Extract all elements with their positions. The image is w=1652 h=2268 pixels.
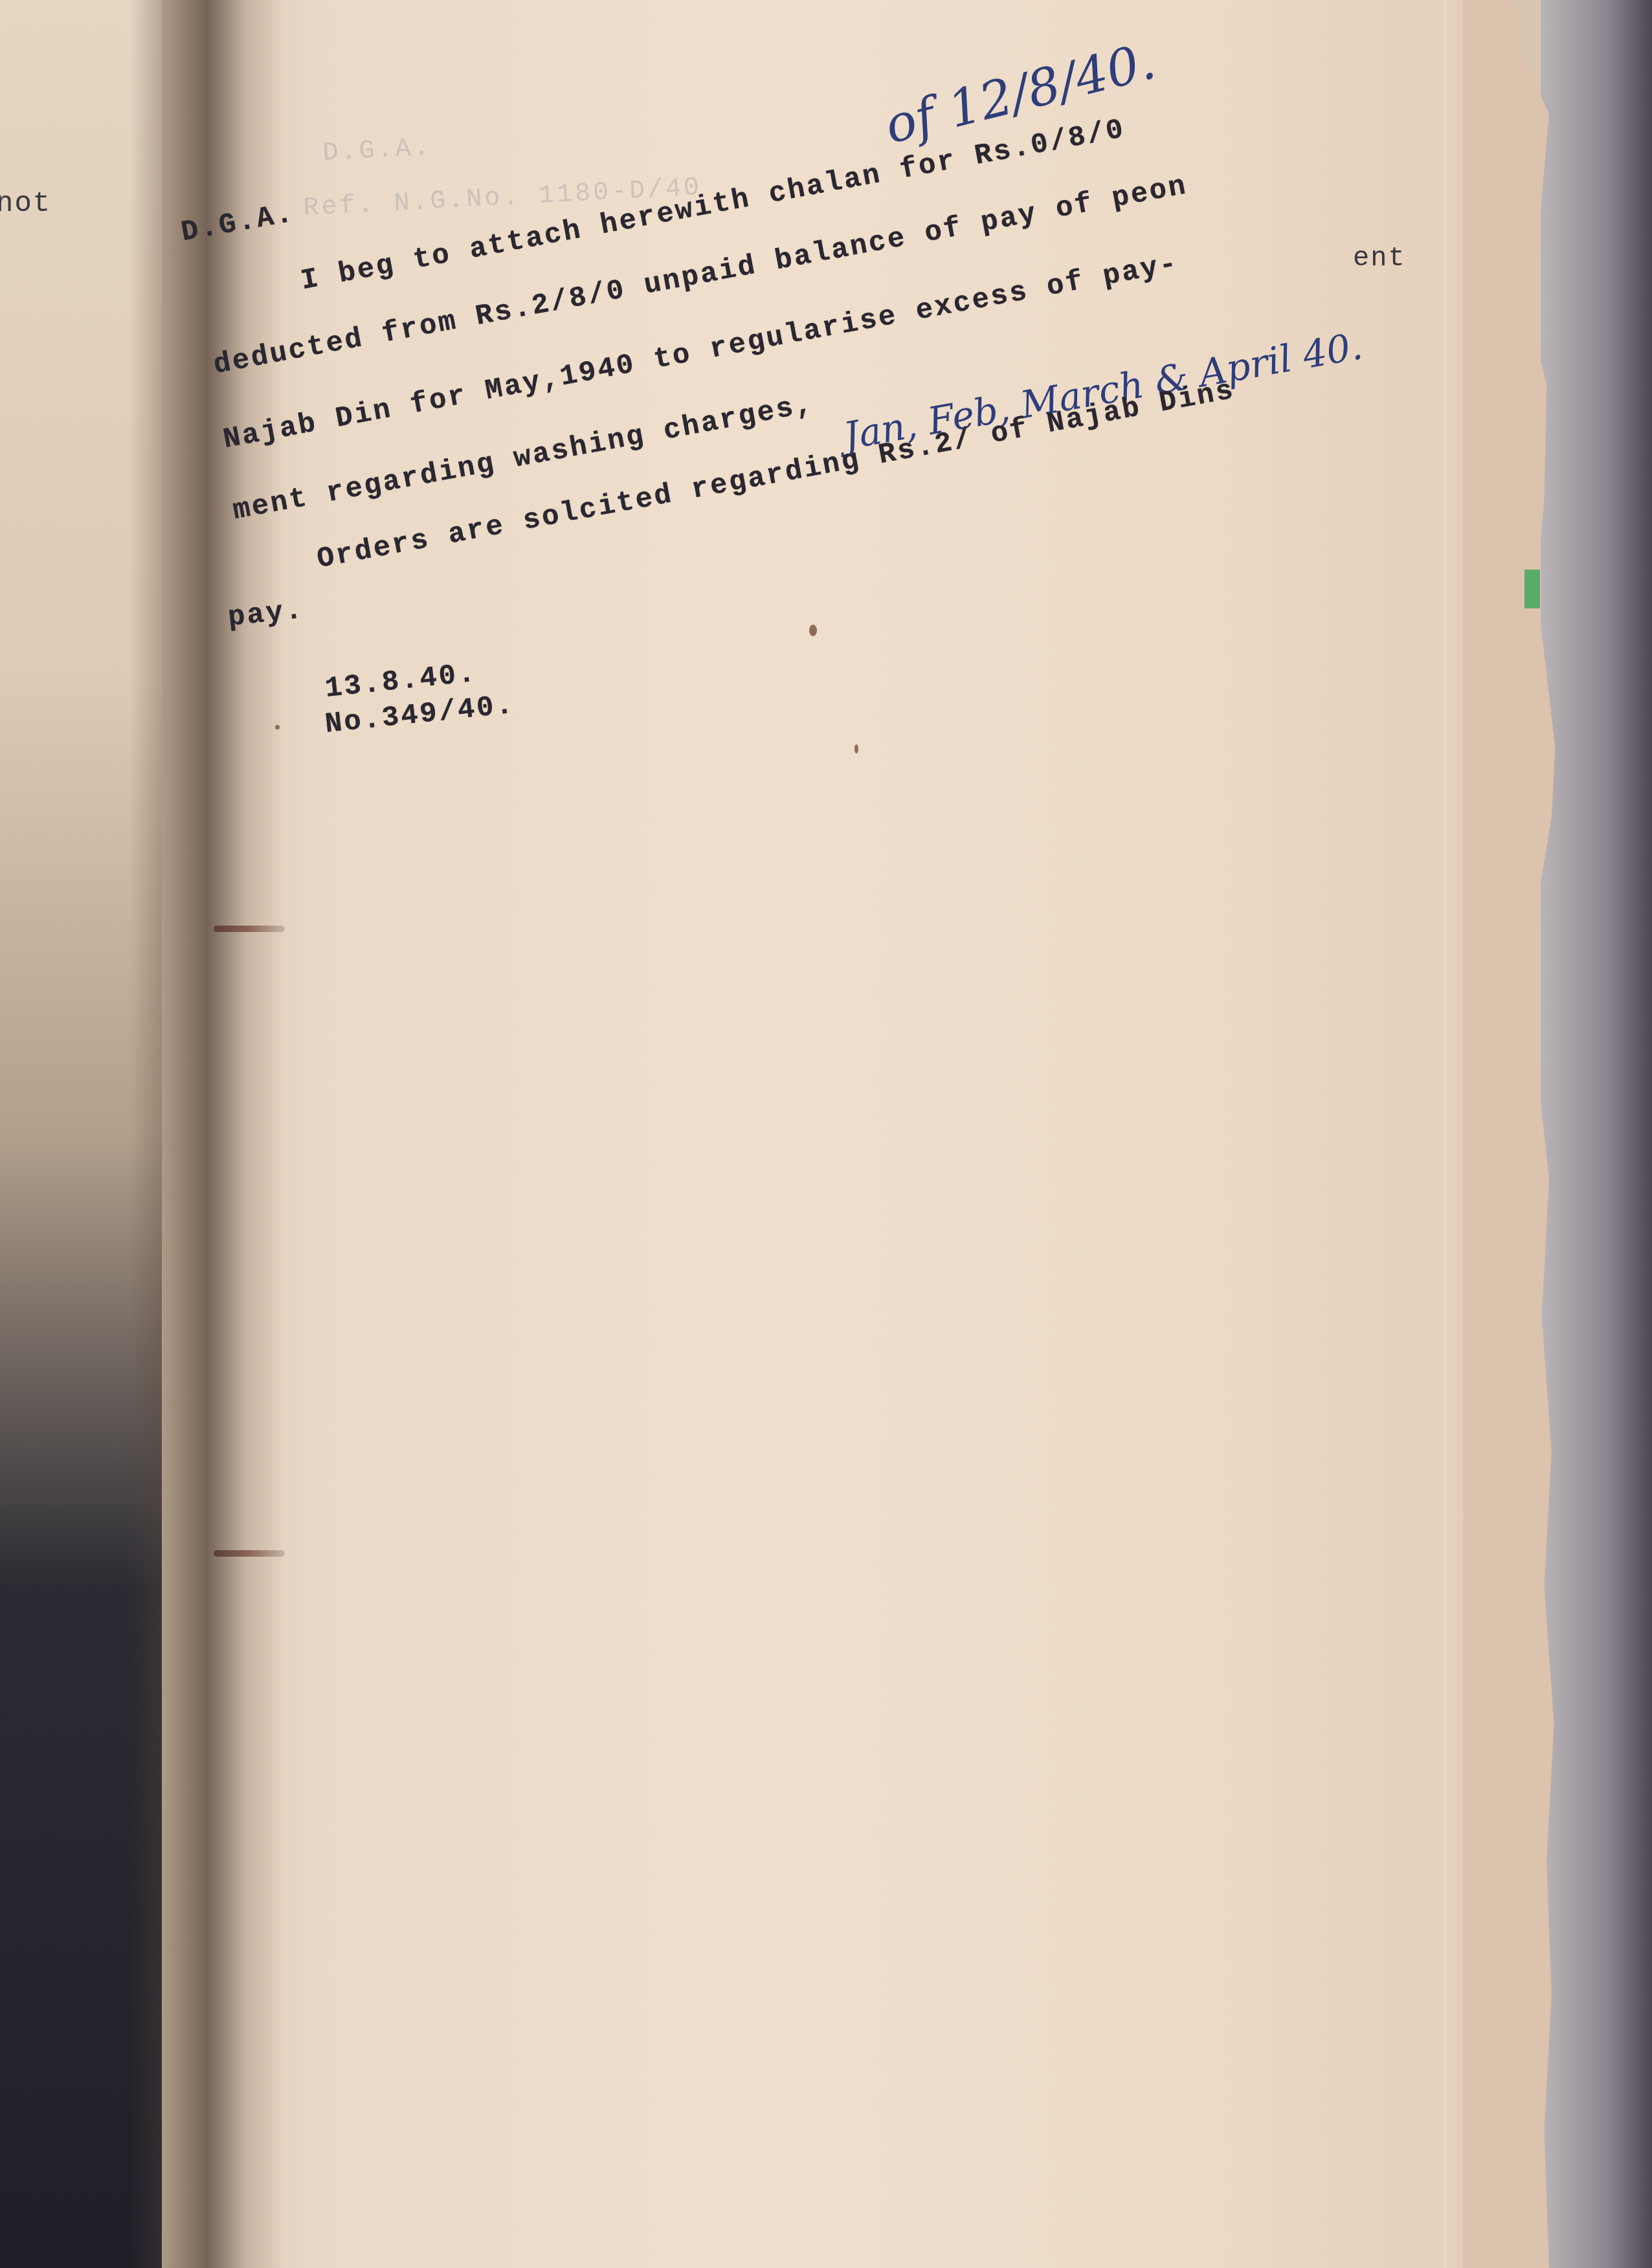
- scanner-background: [1541, 0, 1652, 2268]
- previous-page-fragment: not: [0, 188, 51, 220]
- paper-speck: [275, 725, 280, 729]
- page-edge: [1444, 0, 1447, 2268]
- next-page-fragment: ent: [1353, 243, 1406, 274]
- paper-speck: [854, 744, 858, 753]
- green-file-tab: [1524, 570, 1540, 608]
- paper-speck: [809, 625, 817, 636]
- bleed-through-line-1: D.G.A.: [322, 133, 432, 168]
- binding-staple-bottom: [214, 1550, 285, 1557]
- binding-staple-top: [214, 926, 285, 932]
